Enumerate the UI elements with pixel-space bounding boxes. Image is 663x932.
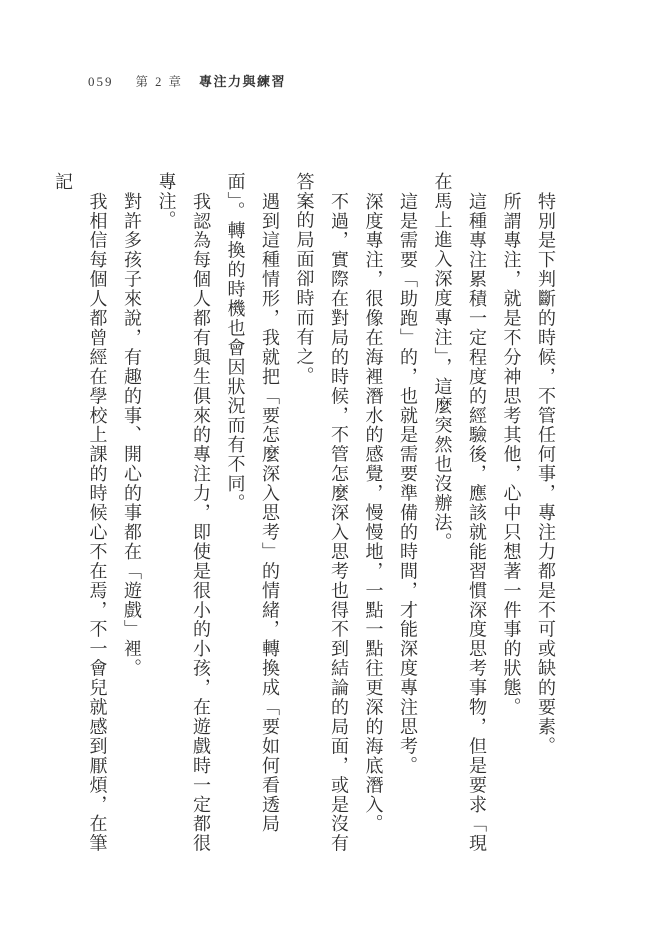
paragraph: 對許多孩子來說，有趣的事、開心的事都在「遊戲」裡。 xyxy=(115,172,150,872)
paragraph: 這是需要「助跑」的，也就是需要準備的時間，才能深度專注思考。 xyxy=(391,172,426,872)
paragraph: 所謂專注，就是不分神思考其他，心中只想著一件事的狀態。 xyxy=(494,172,529,872)
paragraph: 不過，實際在對局的時候，不管怎麼深入思考也得不到結論的局面，或是沒有答案的局面卻… xyxy=(287,172,356,872)
page-header: 059 第 2 章 專注力與練習 xyxy=(88,71,286,90)
paragraph: 特別是下判斷的時候，不管任何事，專注力都是不可或缺的要素。 xyxy=(529,172,564,872)
paragraph: 我相信每個人都曾經在學校上課的時候心不在焉，不一會兒就感到厭煩，在筆記 xyxy=(46,172,115,872)
paragraph: 遇到這種情形，我就把「要怎麼深入思考」的情緒，轉換成「要如何看透局面」。轉換的時… xyxy=(218,172,287,872)
chapter-label: 第 2 章 xyxy=(136,72,184,90)
paragraph: 深度專注，很像在海裡潛水的感覺，慢慢地，一點一點往更深的海底潛入。 xyxy=(356,172,391,872)
body-text: 特別是下判斷的時候，不管任何事，專注力都是不可或缺的要素。所謂專注，就是不分神思… xyxy=(75,172,563,872)
paragraph: 我認為每個人都有與生俱來的專注力，即使是很小的小孩，在遊戲時一定都很專注。 xyxy=(149,172,218,872)
page-number: 059 xyxy=(88,74,114,90)
paragraph: 這種專注累積一定程度的經驗後，應該就能習慣深度思考事物，但是要求「現在馬上進入深… xyxy=(425,172,494,872)
book-page: 059 第 2 章 專注力與練習 特別是下判斷的時候，不管任何事，專注力都是不可… xyxy=(0,0,663,932)
chapter-title: 專注力與練習 xyxy=(199,71,286,90)
